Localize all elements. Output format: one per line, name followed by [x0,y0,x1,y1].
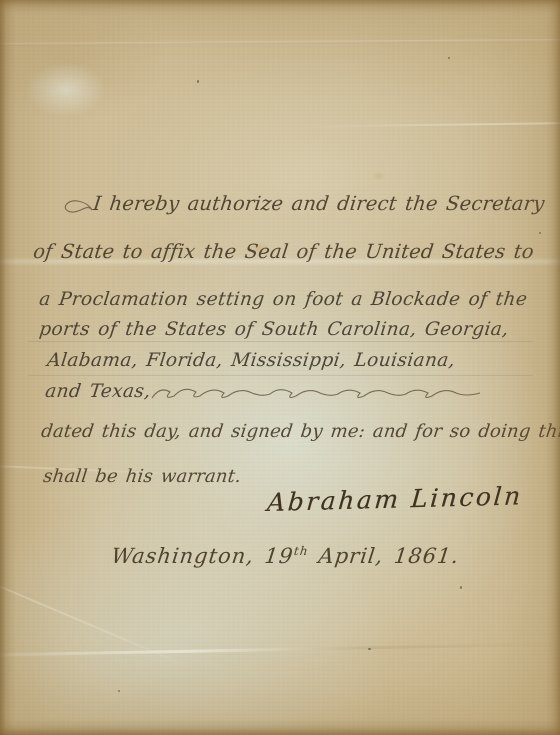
dateline-suffix: April, 1861. [307,544,461,568]
stain-spot [370,170,388,182]
crease-mark [300,122,560,128]
handwritten-line: of State to affix the Seal of the United… [32,240,535,263]
ink-speck [448,57,450,59]
handwritten-line: and Texas, [44,381,152,402]
handwritten-line: a Proclamation setting on foot a Blockad… [38,289,529,310]
ink-speck [539,232,541,234]
abrasion-light-patch [18,58,113,122]
handwritten-line: dated this day, and signed by me: and fo… [40,421,560,442]
handwritten-line: Alabama, Florida, Mississippi, Louisiana… [46,350,456,371]
ink-speck [118,690,120,692]
line-filler-flourish [150,383,485,405]
signature-abraham-lincoln: Abraham Lincoln [266,481,524,517]
crease-mark [0,569,238,688]
scan-stage: I hereby authorize and direct the Secret… [0,0,560,735]
ink-speck [460,586,462,589]
crease-mark [0,39,560,46]
faint-rule-line [28,375,533,376]
crease-mark [0,642,560,656]
ink-speck [368,648,371,650]
handwritten-line: I hereby authorize and direct the Secret… [92,192,546,215]
faint-rule-line [28,341,533,342]
ink-speck [197,80,199,83]
handwritten-line: ports of the States of South Carolina, G… [38,319,510,340]
dateline-prefix: Washington, 19 [110,544,295,568]
manuscript-page: I hereby authorize and direct the Secret… [0,0,560,735]
dateline: Washington, 19th April, 1861. [110,544,461,568]
handwritten-line: shall be his warrant. [42,466,242,487]
